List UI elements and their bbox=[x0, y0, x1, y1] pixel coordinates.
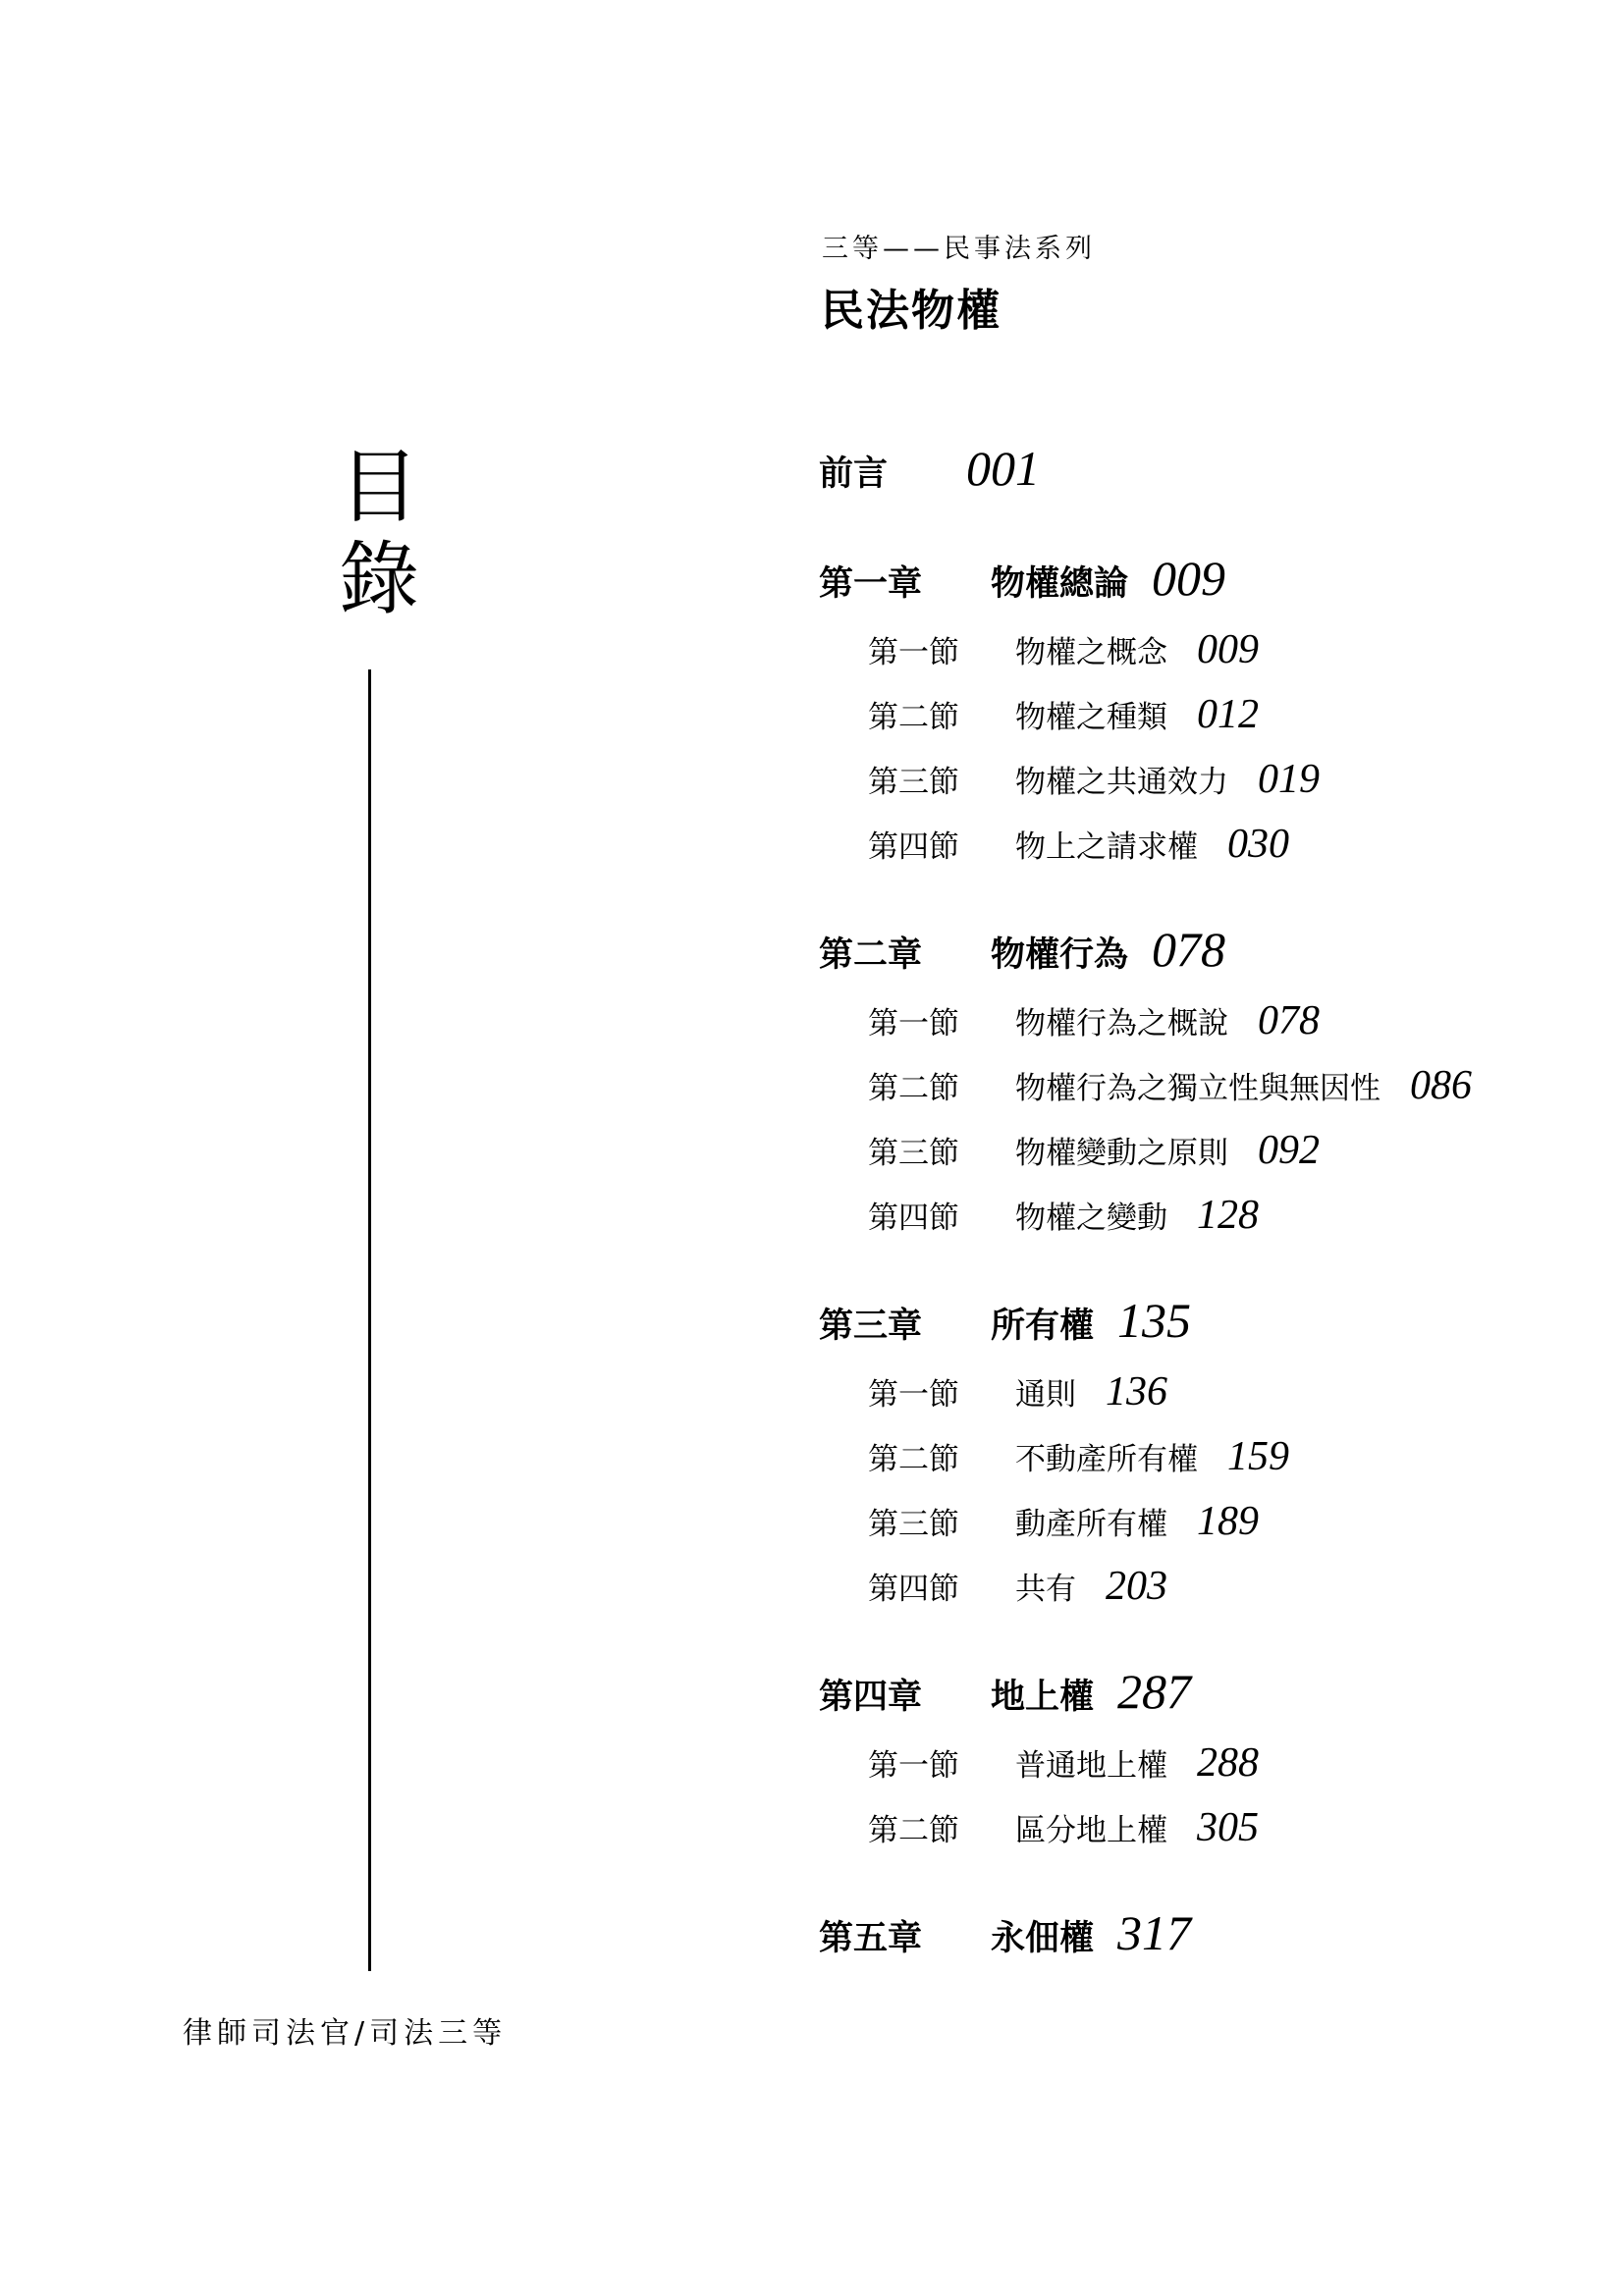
page-number: 159 bbox=[1227, 1433, 1289, 1480]
toc-heading: 目 錄 bbox=[330, 442, 428, 626]
section-title: 區分地上權 bbox=[1015, 1805, 1167, 1849]
toc-chapter-1[interactable]: 第一章 物權總論 009 bbox=[819, 550, 1225, 607]
section-title: 物權行為之概說 bbox=[1015, 998, 1228, 1042]
section-title: 物權之共通效力 bbox=[1015, 757, 1228, 801]
toc-heading-char-1: 目 bbox=[330, 442, 428, 534]
toc-section-3-1[interactable]: 第一節 通則 136 bbox=[868, 1368, 1167, 1415]
toc-chapter-5[interactable]: 第五章 永佃權 317 bbox=[819, 1904, 1191, 1961]
page-number: 189 bbox=[1197, 1498, 1259, 1545]
section-title: 物權之概念 bbox=[1015, 627, 1167, 671]
toc-chapter-4[interactable]: 第四章 地上權 287 bbox=[819, 1663, 1191, 1720]
chapter-number: 第四章 bbox=[819, 1670, 991, 1719]
toc-heading-char-2: 錄 bbox=[330, 534, 428, 626]
page-number: 203 bbox=[1106, 1563, 1167, 1610]
page-number: 012 bbox=[1197, 691, 1259, 738]
toc-section-1-1[interactable]: 第一節 物權之概念 009 bbox=[868, 626, 1259, 673]
toc-section-3-4[interactable]: 第四節 共有 203 bbox=[868, 1563, 1167, 1610]
section-title: 共有 bbox=[1015, 1564, 1076, 1608]
toc-section-4-1[interactable]: 第一節 普通地上權 288 bbox=[868, 1739, 1259, 1787]
page-number: 136 bbox=[1106, 1368, 1167, 1415]
page-number: 135 bbox=[1117, 1292, 1191, 1349]
section-number: 第一節 bbox=[868, 1740, 1015, 1785]
section-title: 通則 bbox=[1015, 1369, 1076, 1414]
page-number: 305 bbox=[1197, 1804, 1259, 1851]
page-number: 078 bbox=[1152, 921, 1225, 978]
section-number: 第三節 bbox=[868, 1499, 1015, 1543]
toc-section-2-1[interactable]: 第一節 物權行為之概說 078 bbox=[868, 997, 1320, 1044]
chapter-title: 所有權 bbox=[991, 1299, 1094, 1348]
toc-section-3-2[interactable]: 第二節 不動產所有權 159 bbox=[868, 1433, 1289, 1480]
section-title: 物權變動之原則 bbox=[1015, 1128, 1228, 1172]
section-number: 第三節 bbox=[868, 1128, 1015, 1172]
toc-section-1-2[interactable]: 第二節 物權之種類 012 bbox=[868, 691, 1259, 738]
page-number: 092 bbox=[1258, 1127, 1320, 1174]
page-number: 078 bbox=[1258, 997, 1320, 1044]
chapter-number: 第五章 bbox=[819, 1911, 991, 1960]
section-title: 普通地上權 bbox=[1015, 1740, 1167, 1785]
chapter-title: 地上權 bbox=[991, 1670, 1094, 1719]
section-number: 第二節 bbox=[868, 1063, 1015, 1107]
page-number: 019 bbox=[1258, 756, 1320, 803]
page-number: 009 bbox=[1197, 626, 1259, 673]
section-number: 第四節 bbox=[868, 1564, 1015, 1608]
section-number: 第一節 bbox=[868, 627, 1015, 671]
chapter-number: 第二章 bbox=[819, 928, 991, 977]
series-label: 三等——民事法系列 bbox=[822, 234, 1096, 265]
section-title: 物上之請求權 bbox=[1015, 822, 1198, 866]
book-title: 民法物權 bbox=[821, 285, 1001, 338]
toc-section-1-4[interactable]: 第四節 物上之請求權 030 bbox=[868, 821, 1289, 868]
page-number: 001 bbox=[966, 440, 1040, 497]
chapter-title: 永佃權 bbox=[991, 1911, 1094, 1960]
section-title: 動產所有權 bbox=[1015, 1499, 1167, 1543]
vertical-divider bbox=[368, 669, 371, 1971]
section-number: 第二節 bbox=[868, 1805, 1015, 1849]
toc-section-2-4[interactable]: 第四節 物權之變動 128 bbox=[868, 1192, 1259, 1239]
toc-entry-preface[interactable]: 前言 001 bbox=[819, 440, 1040, 497]
chapter-number: 第一章 bbox=[819, 557, 991, 606]
section-number: 第一節 bbox=[868, 998, 1015, 1042]
section-number: 第四節 bbox=[868, 822, 1015, 866]
entry-title: 前言 bbox=[819, 447, 966, 496]
section-number: 第二節 bbox=[868, 1434, 1015, 1478]
footer-label: 律師司法官/司法三等 bbox=[183, 2016, 507, 2052]
page-number: 317 bbox=[1117, 1904, 1191, 1961]
chapter-title: 物權行為 bbox=[991, 928, 1128, 977]
toc-chapter-3[interactable]: 第三章 所有權 135 bbox=[819, 1292, 1191, 1349]
section-number: 第一節 bbox=[868, 1369, 1015, 1414]
page-number: 287 bbox=[1117, 1663, 1191, 1720]
section-title: 不動產所有權 bbox=[1015, 1434, 1198, 1478]
toc-section-4-2[interactable]: 第二節 區分地上權 305 bbox=[868, 1804, 1259, 1851]
toc-section-2-2[interactable]: 第二節 物權行為之獨立性與無因性 086 bbox=[868, 1062, 1472, 1109]
page-number: 086 bbox=[1410, 1062, 1472, 1109]
toc-section-1-3[interactable]: 第三節 物權之共通效力 019 bbox=[868, 756, 1320, 803]
section-number: 第四節 bbox=[868, 1193, 1015, 1237]
page-number: 288 bbox=[1197, 1739, 1259, 1787]
toc-section-3-3[interactable]: 第三節 動產所有權 189 bbox=[868, 1498, 1259, 1545]
chapter-title: 物權總論 bbox=[991, 557, 1128, 606]
section-number: 第三節 bbox=[868, 757, 1015, 801]
toc-chapter-2[interactable]: 第二章 物權行為 078 bbox=[819, 921, 1225, 978]
page-number: 030 bbox=[1227, 821, 1289, 868]
chapter-number: 第三章 bbox=[819, 1299, 991, 1348]
section-title: 物權行為之獨立性與無因性 bbox=[1015, 1063, 1380, 1107]
toc-section-2-3[interactable]: 第三節 物權變動之原則 092 bbox=[868, 1127, 1320, 1174]
section-title: 物權之種類 bbox=[1015, 692, 1167, 736]
page-number: 009 bbox=[1152, 550, 1225, 607]
page-number: 128 bbox=[1197, 1192, 1259, 1239]
section-title: 物權之變動 bbox=[1015, 1193, 1167, 1237]
section-number: 第二節 bbox=[868, 692, 1015, 736]
